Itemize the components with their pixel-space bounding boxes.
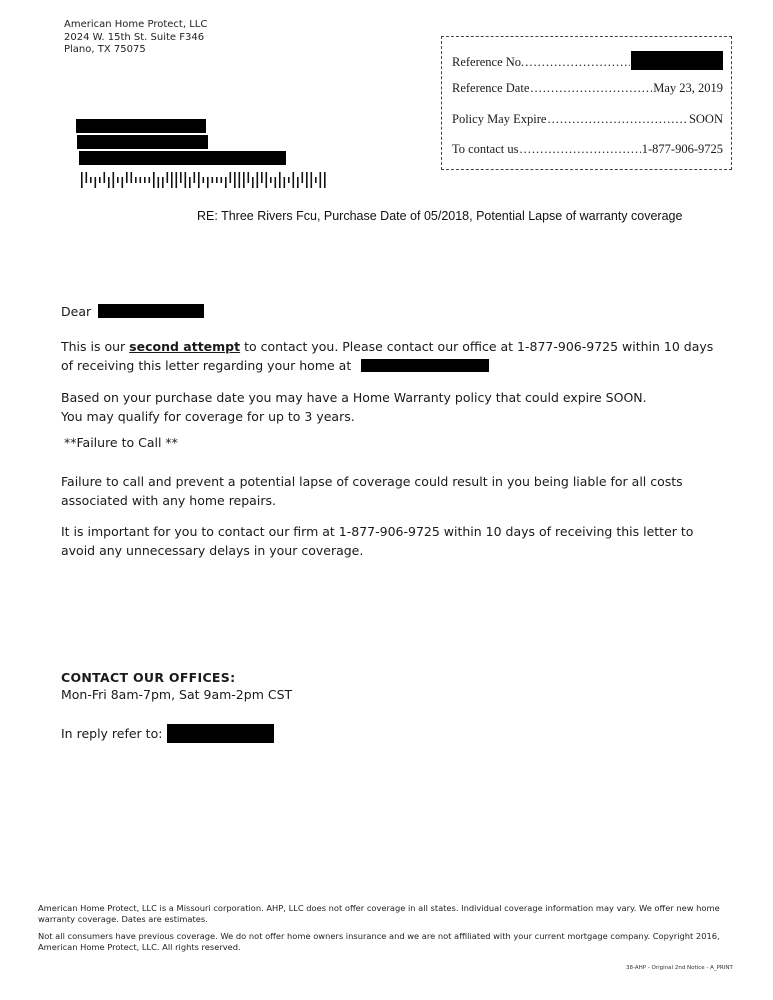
failure-to-call-heading: **Failure to Call **: [64, 433, 734, 452]
paragraph-purchase-date: Based on your purchase date you may have…: [61, 388, 671, 426]
second-attempt-emphasis: second attempt: [129, 339, 240, 354]
leader-dots: [519, 142, 640, 157]
paragraph-failure-to-call: Failure to call and prevent a potential …: [61, 472, 701, 510]
reply-reference-redacted: [167, 724, 274, 743]
reply-reference: In reply refer to:: [61, 724, 274, 743]
contact-row: To contact us 1-877-906-9725: [452, 142, 723, 157]
postal-barcode-icon: [80, 172, 330, 188]
paragraph-important: It is important for you to contact our f…: [61, 522, 711, 560]
subject-line: RE: Three Rivers Fcu, Purchase Date of 0…: [197, 209, 697, 224]
reference-number-row: Reference No.: [452, 47, 723, 70]
sender-street: 2024 W. 15th St. Suite F346: [64, 32, 207, 45]
policy-expire-value: SOON: [689, 112, 723, 127]
reference-date-value: May 23, 2019: [653, 81, 723, 96]
reply-label: In reply refer to:: [61, 726, 162, 741]
sender-address: American Home Protect, LLC 2024 W. 15th …: [64, 19, 207, 57]
p1-text-before: This is our: [61, 339, 129, 354]
contact-phone-value: 1-877-906-9725: [642, 142, 723, 157]
reference-box: Reference No. Reference Date May 23, 201…: [441, 36, 732, 170]
contact-heading: CONTACT OUR OFFICES:: [61, 670, 235, 685]
policy-expire-label: Policy May Expire: [452, 112, 546, 127]
reference-date-label: Reference Date: [452, 81, 529, 96]
recipient-name-redacted: [76, 119, 206, 133]
leader-dots: [530, 81, 652, 96]
reference-number-label: Reference No.: [452, 55, 524, 70]
sender-city: Plano, TX 75075: [64, 44, 207, 57]
policy-expire-row: Policy May Expire SOON: [452, 112, 723, 127]
contact-label: To contact us: [452, 142, 518, 157]
recipient-street-redacted: [77, 135, 208, 149]
recipient-city-redacted: [79, 151, 286, 165]
leader-dots: [525, 55, 630, 70]
print-code: 38-AHP - Original 2nd Notice - A_PRINT: [626, 965, 733, 971]
reference-date-row: Reference Date May 23, 2019: [452, 81, 723, 96]
salutation-text: Dear: [61, 304, 91, 319]
recipient-name-redacted: [98, 304, 204, 318]
footer-disclaimer-1: American Home Protect, LLC is a Missouri…: [38, 903, 738, 925]
footer-disclaimer-2: Not all consumers have previous coverage…: [38, 931, 738, 953]
office-hours: Mon-Fri 8am-7pm, Sat 9am-2pm CST: [61, 687, 292, 702]
home-address-redacted: [361, 359, 489, 372]
leader-dots: [547, 112, 688, 127]
sender-company: American Home Protect, LLC: [64, 19, 207, 32]
salutation: Dear: [61, 302, 731, 321]
paragraph-second-attempt: This is our second attempt to contact yo…: [61, 337, 721, 375]
reference-number-redacted: [631, 51, 723, 70]
